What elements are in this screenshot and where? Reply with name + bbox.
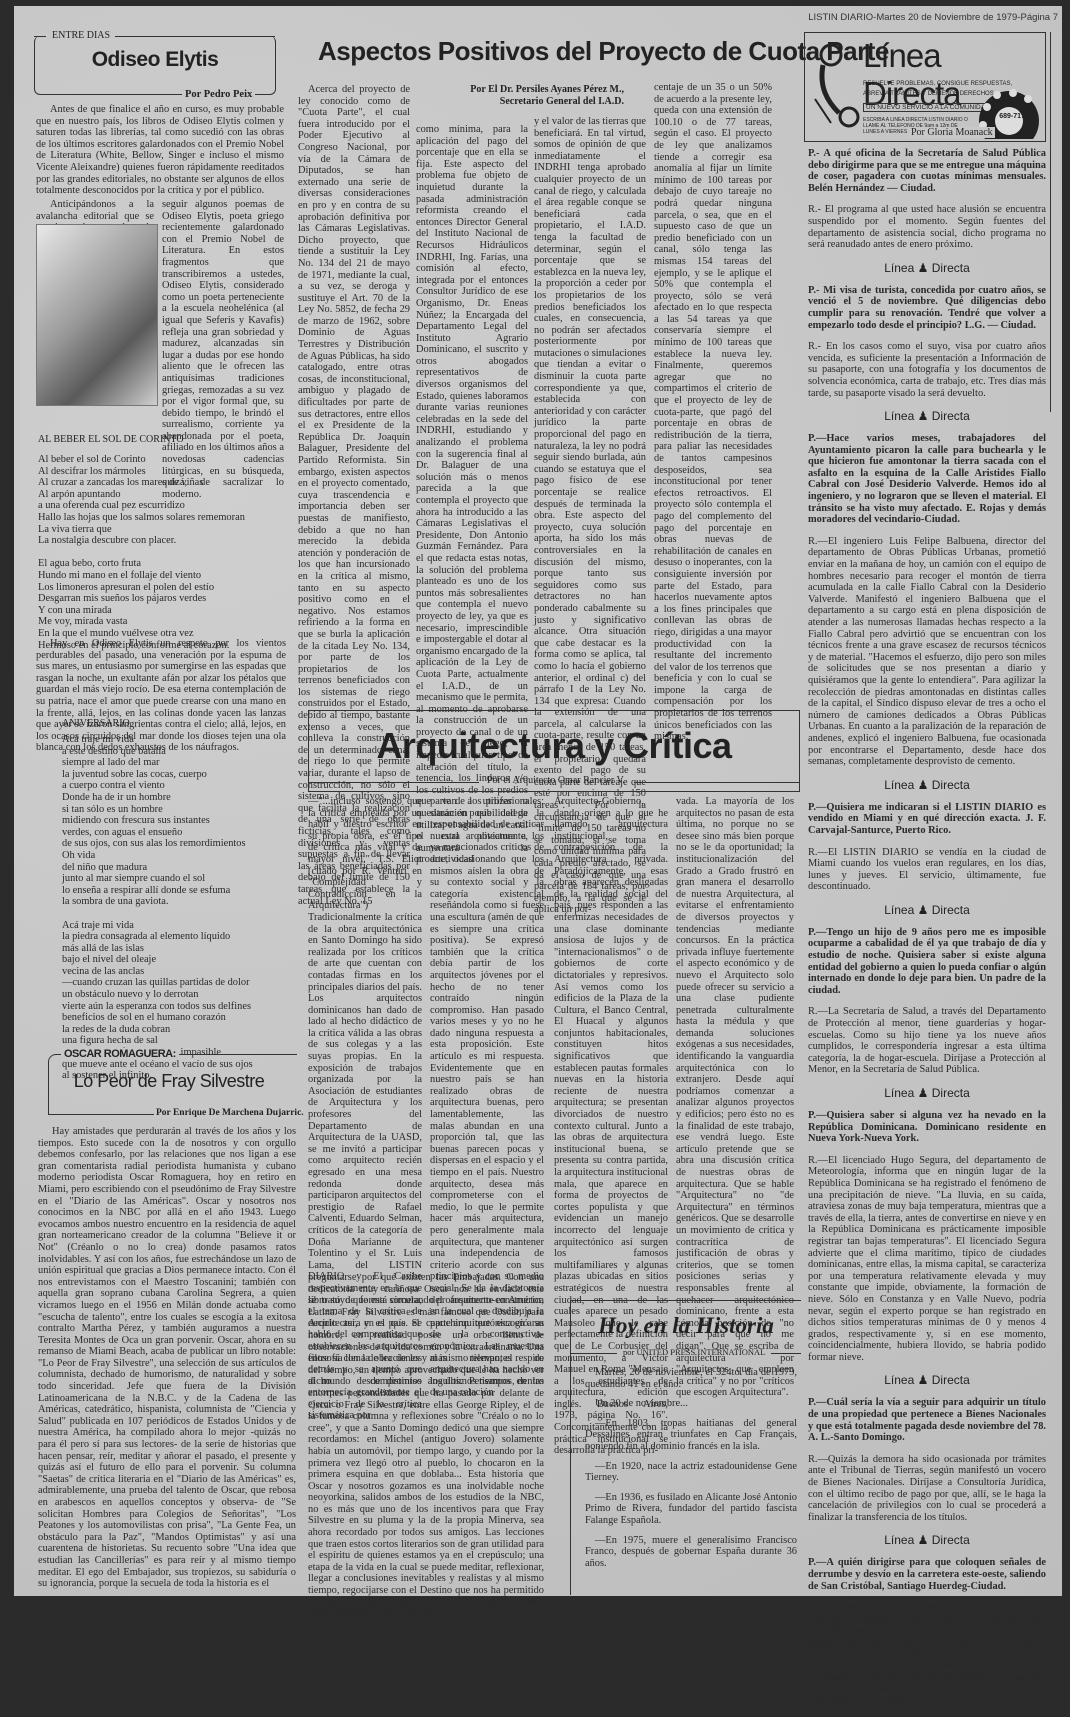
odiseo-kicker: ENTRE DIAS: [49, 30, 113, 41]
cuota-byline-1: Por El Dr. Persiles Ayanes Pérez M.,: [434, 84, 624, 95]
mascot-icon: ♟: [918, 778, 929, 792]
answer: R.—El ingeniero Luis Felipe Balbuena, di…: [808, 536, 1046, 768]
mascot-icon: ♟: [918, 409, 929, 423]
cuota-byline-2: Secretario General del I.A.D.: [434, 96, 624, 107]
mascot-icon: ♟: [918, 261, 929, 275]
hoy-item: —En 1936, es fusilado en Alicante José A…: [585, 1492, 797, 1527]
mascot-icon: ♟: [918, 903, 929, 917]
linea-directa-divider: Línea ♟ Directa: [808, 261, 1046, 275]
hoy-title: Hoy en la Historia: [571, 1313, 801, 1339]
question: P.—A quién dirigirse para que coloquen s…: [808, 1557, 1046, 1592]
telephone-handset-icon: [809, 39, 865, 135]
question: P.—Hace varios meses, trabajadores del A…: [808, 433, 1046, 526]
question: P.- A qué oficina de la Secretaría de Sa…: [808, 148, 1046, 194]
hoy-item: —En 1803, tropas haitianas del general D…: [585, 1418, 797, 1453]
answer: R.—El LISTIN DIARIO se vendía en la ciud…: [808, 847, 1046, 893]
poem1-body: Al beber el sol de Corinto Al descifrar …: [38, 454, 288, 651]
linea-directa-divider: Línea ♟ Directa: [808, 1373, 1046, 1387]
hoy-item: Un 20 de noviembre...: [585, 1398, 797, 1410]
hoy-item: —En 1975, muere el generalísimo Francisc…: [585, 1535, 797, 1570]
answer: R.- El programa al que usted hace alusió…: [808, 204, 1046, 250]
linea-byline: Por Gloria Moanack: [909, 127, 995, 138]
fray-kicker: OSCAR ROMAGUERA:: [61, 1048, 179, 1060]
question: P.—Tengo un hijo de 9 años pero me es im…: [808, 927, 1046, 997]
column-rule: [1050, 32, 1051, 412]
hoy-item: —En 1920, nace la actriz estadounidense …: [585, 1461, 797, 1484]
page-header: LISTIN DIARIO-Martes 20 de Noviembre de …: [808, 12, 1058, 23]
answer: R.—La Secretaría de Salud, a través del …: [808, 1006, 1046, 1076]
question: P.—Quisiera me indicaran si el LISTIN DI…: [808, 802, 1046, 837]
linea-directa-divider: Línea ♟ Directa: [808, 409, 1046, 423]
linea-header-box: Línea Directa RESUELVE PROBLEMAS, CONSIG…: [804, 32, 1046, 142]
answer: R.—Quizás la demora ha sido ocasionada p…: [808, 1454, 1046, 1524]
mascot-icon: ♟: [918, 1086, 929, 1100]
fray-continuation: preguntarse por qué existen las Embajada…: [308, 1272, 544, 1600]
cuota-col-4: centaje de un 35 o un 50% de acuerdo a l…: [654, 82, 772, 743]
linea-qa-list: P.- A qué oficina de la Secretaría de Sa…: [808, 148, 1046, 1600]
newspaper-page: LISTIN DIARIO-Martes 20 de Noviembre de …: [14, 6, 1062, 1596]
fray-byline: Por Enrique De Marchena Dujarric.: [154, 1108, 306, 1118]
arq-title: Arquitectura y Crítica: [309, 725, 799, 767]
linea-directa-divider: Línea ♟ Directa: [808, 903, 1046, 917]
odiseo-header-box: ENTRE DIAS Odiseo Elytis: [34, 36, 276, 95]
fray-body: Hay amistades que perdurarán al través d…: [38, 1126, 296, 1590]
question: P.—Cuál sería la vía a seguir para adqui…: [808, 1397, 1046, 1443]
poem2-title: ANIVERSARIO: [62, 718, 130, 729]
mascot-icon: ♟: [918, 1533, 929, 1547]
fray-header-box: OSCAR ROMAGUERA: Lo Peor de Fray Silvest…: [48, 1054, 297, 1115]
linea-directa-divider: Línea ♟ Directa: [808, 778, 1046, 792]
odiseo-intro: Antes de que finalice el año en curso, e…: [36, 104, 284, 197]
poem1-title: AL BEBER EL SOL DE CORINTO: [38, 434, 184, 445]
answer: R.- En los casos como el suyo, visa por …: [808, 341, 1046, 399]
question: P.- Mi visa de turista, concedida por cu…: [808, 285, 1046, 331]
mascot-icon: ♟: [918, 1373, 929, 1387]
linea-phone: 689-7171: [999, 113, 1029, 120]
arq-byline: Por el Arquitecto Omar Rancier V.: [487, 775, 625, 786]
linea-directa-divider: Línea ♟ Directa: [808, 1533, 1046, 1547]
question: P.—Quisiera saber si alguna vez ha nevad…: [808, 1110, 1046, 1145]
odiseo-byline: Por Pedro Peix: [182, 89, 255, 100]
hoy-box: Hoy en la Historia por UNITED PRESS INTE…: [570, 1300, 801, 1595]
arq-header-box: Arquitectura y Crítica Por el Arquitecto…: [308, 710, 800, 792]
elytis-portrait-photo: [36, 224, 158, 406]
hoy-byline: por UNITED PRESS INTERNATIONAL: [623, 1347, 765, 1357]
answer: R.—El licenciado Hugo Segura, del depart…: [808, 1155, 1046, 1364]
linea-directa-divider: Línea ♟ Directa: [808, 1086, 1046, 1100]
hoy-item: Martes, 20 de noviembre, el 324to. día d…: [585, 1367, 797, 1390]
fray-title: Lo Peor de Fray Silvestre: [49, 1071, 289, 1092]
odiseo-title: Odiseo Elytis: [35, 48, 275, 72]
poem2-body: Acá traje mi vida a este destino que bat…: [62, 734, 294, 1082]
hoy-list: Martes, 20 de noviembre, el 324to. día d…: [585, 1367, 797, 1577]
